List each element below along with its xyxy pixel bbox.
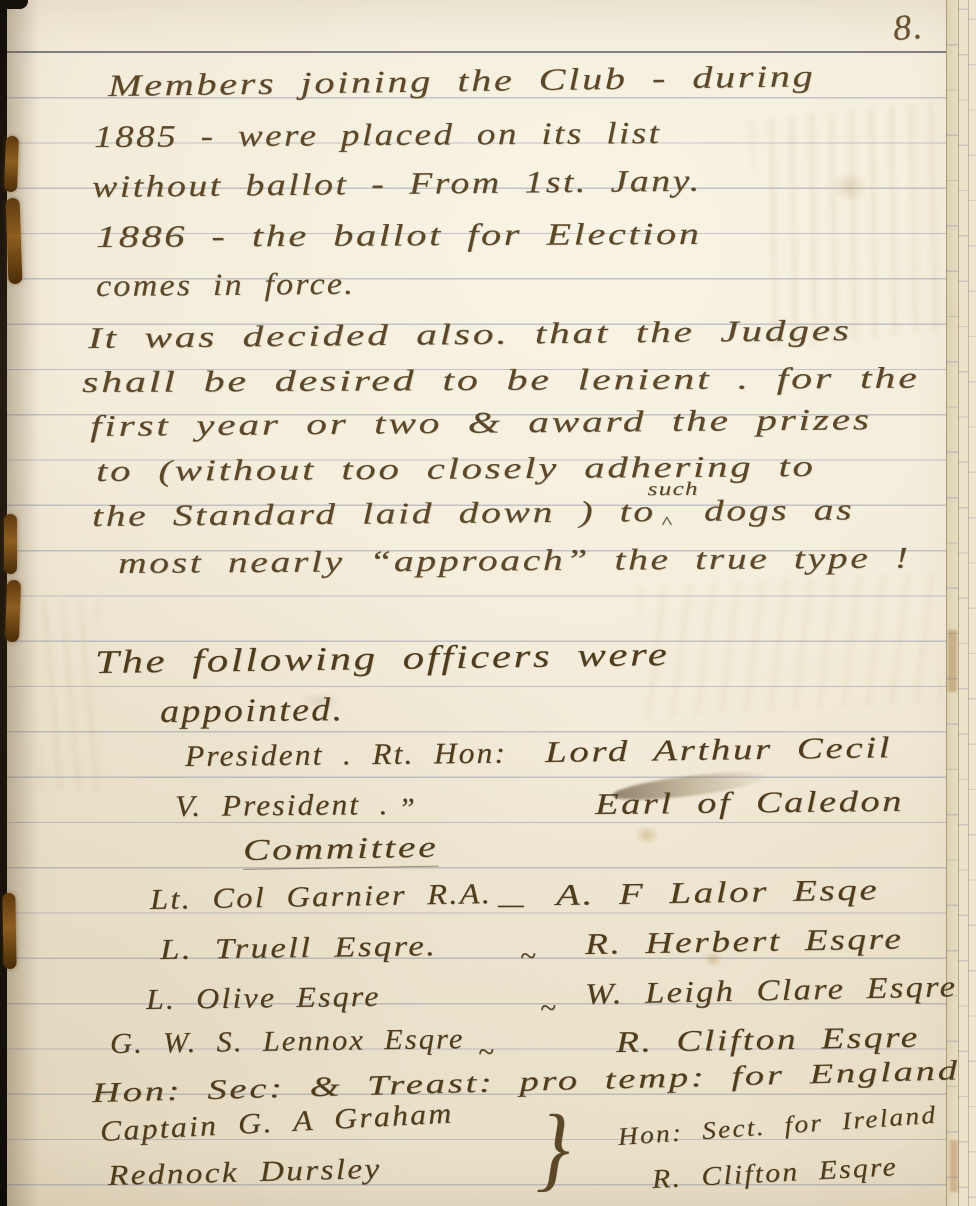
stain [826,166,874,208]
officers-heading: appointed. [160,692,345,731]
insertion-caret: ^ [661,513,671,533]
stitch-mark [6,198,23,284]
separator-dash: — [498,888,526,921]
president-name: Lord Arthur Cecil [545,731,893,770]
manuscript-page: 8. Members joining the Club - during 188… [0,0,976,1206]
committee-heading: Committee [243,831,439,870]
insertion-text: such [647,479,698,501]
president-label: President . Rt. Hon: [185,737,507,774]
ditto-mark: ” [398,792,417,826]
committee-member: R. Herbert Esqre [585,922,904,962]
stitch-mark [5,580,21,642]
page-edge-stain [950,1140,958,1192]
vice-president-name: Earl of Caledon [595,785,904,822]
bleed-through [637,572,943,718]
stitch-mark [4,514,17,574]
line-part: the Standard laid down ) to [92,495,656,533]
binding-corner [0,0,28,9]
committee-member: L. Truell Esqre. [160,930,438,967]
committee-member: L. Olive Esqre [146,981,381,1017]
manuscript-line: without ballot - From 1st. Jany. [92,163,702,205]
manuscript-line: first year or two & award the prizes [90,403,872,444]
separator-ditto: ~ [478,1036,496,1069]
line-part: dogs as [704,493,855,527]
page-edge [958,0,968,1206]
manuscript-line: most nearly “approach” the true type ! [118,541,911,581]
page-edge-stain [948,630,957,692]
page-number: 8. [892,5,926,49]
manuscript-line: 1885 - were placed on its list [94,115,662,155]
committee-member: R. Clifton Esqre [616,1021,920,1060]
bleed-through [748,101,956,349]
bleed-through [40,600,100,790]
manuscript-line: comes in force. [96,266,355,304]
page-edge [968,0,976,1206]
separator-ditto: ~ [520,940,538,973]
vice-president-label: V. President . [175,788,390,824]
separator-ditto: ~ [540,992,558,1025]
committee-member: A. F Lalor Esqe [556,873,880,913]
curly-brace: } [536,1094,570,1203]
manuscript-line: 1886 - the ballot for Election [96,216,702,255]
manuscript-line: shall be desired to be lenient . for the [82,362,920,400]
manuscript-line: to (without too closely adhering to [96,450,816,489]
committee-member: Lt. Col Garnier R.A. [150,878,493,917]
committee-member: G. W. S. Lennox Esqre [110,1023,465,1061]
page-edge [946,0,958,1206]
stitch-mark [2,893,16,969]
manuscript-line: the Standard laid down ) tosuch^ dogs as [92,493,854,534]
stitch-mark [4,136,19,192]
inserted-word: such^ [656,511,680,521]
stain [630,822,664,848]
